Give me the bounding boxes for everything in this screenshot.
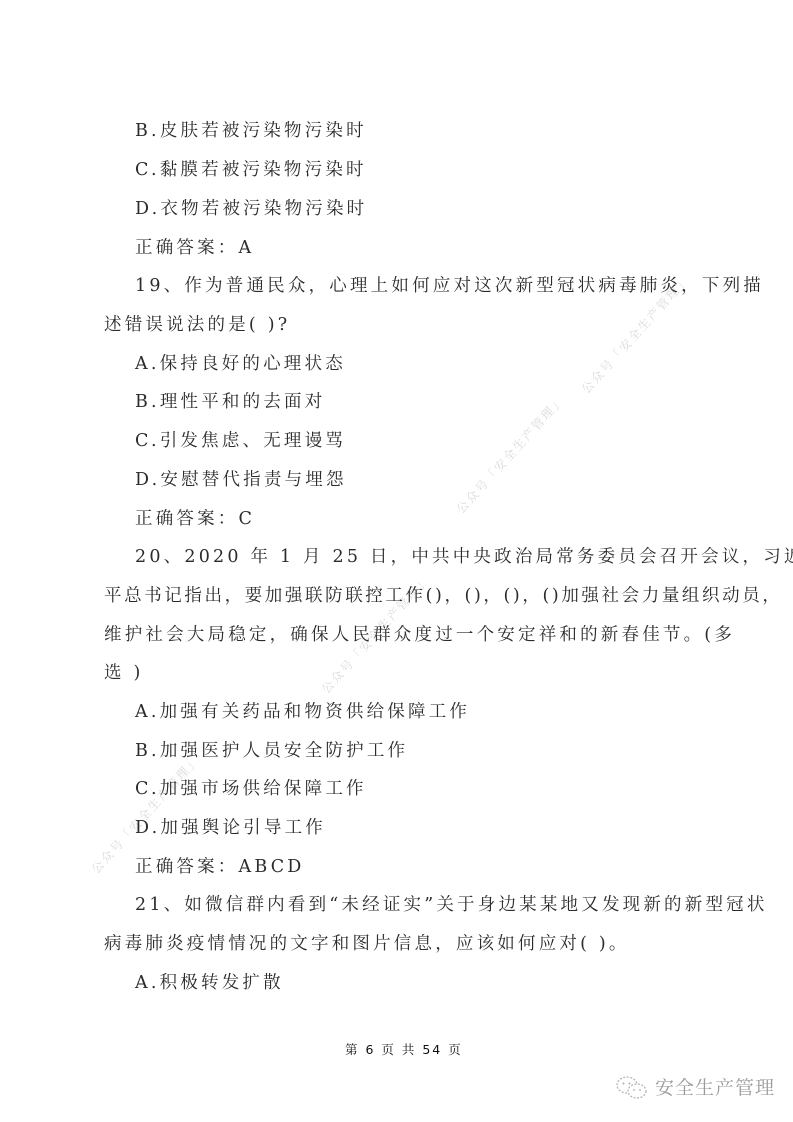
q19-option-c: C.引发焦虑、无理谩骂 [135, 430, 346, 452]
q19-stem-line1: 19、作为普通民众，心理上如何应对这次新型冠状病毒肺炎，下列描 [135, 275, 764, 297]
q20-option-b: B.加强医护人员安全防护工作 [135, 740, 408, 762]
q20-answer: 正确答案：ABCD [135, 856, 305, 878]
brand-name: 安全生产管理 [655, 1073, 775, 1100]
q19-option-d: D.安慰替代指责与埋怨 [135, 469, 347, 491]
q21-stem-line1: 21、如微信群内看到“未经证实”关于身边某某地又发现新的新型冠状 [135, 894, 768, 916]
q20-option-d: D.加强舆论引导工作 [135, 817, 326, 839]
watermark: 公众号「安全生产管理」 [452, 391, 568, 517]
q19-option-b: B.理性平和的去面对 [135, 391, 325, 413]
document-page: 公众号「安全生产管理」 公众号「安全生产管理」 公众号「安全生产管理」 公众号「… [0, 0, 793, 1122]
q19-answer: 正确答案：C [135, 508, 255, 530]
q20-stem-line3: 维护社会大局稳定，确保人民群众度过一个安定祥和的新春佳节。(多 [104, 624, 735, 646]
q19-stem-line2: 述错误说法的是( )? [104, 314, 290, 336]
q18-option-c: C.黏膜若被污染物污染时 [135, 159, 367, 181]
q21-stem-line2: 病毒肺炎疫情情况的文字和图片信息，应该如何应对( )。 [104, 933, 630, 955]
wechat-icon [615, 1075, 649, 1099]
q18-option-b: B.皮肤若被污染物污染时 [135, 120, 367, 142]
brand-badge: 安全生产管理 [615, 1073, 775, 1100]
q21-option-a: A.积极转发扩散 [135, 972, 284, 994]
q20-stem-line1: 20、2020 年 1 月 25 日，中共中央政治局常务委员会召开会议，习近 [135, 546, 793, 568]
q20-stem-line2: 平总书记指出，要加强联防联控工作()，()，()，()加强社会力量组织动员， [104, 585, 782, 607]
q20-option-a: A.加强有关药品和物资供给保障工作 [135, 701, 470, 723]
q18-option-d: D.衣物若被污染物污染时 [135, 198, 367, 220]
q20-option-c: C.加强市场供给保障工作 [135, 778, 367, 800]
q20-stem-line4: 选 ) [104, 662, 144, 684]
q19-option-a: A.保持良好的心理状态 [135, 353, 346, 375]
q18-answer: 正确答案：A [135, 237, 254, 259]
page-indicator: 第 6 页 共 54 页 [345, 1040, 463, 1058]
